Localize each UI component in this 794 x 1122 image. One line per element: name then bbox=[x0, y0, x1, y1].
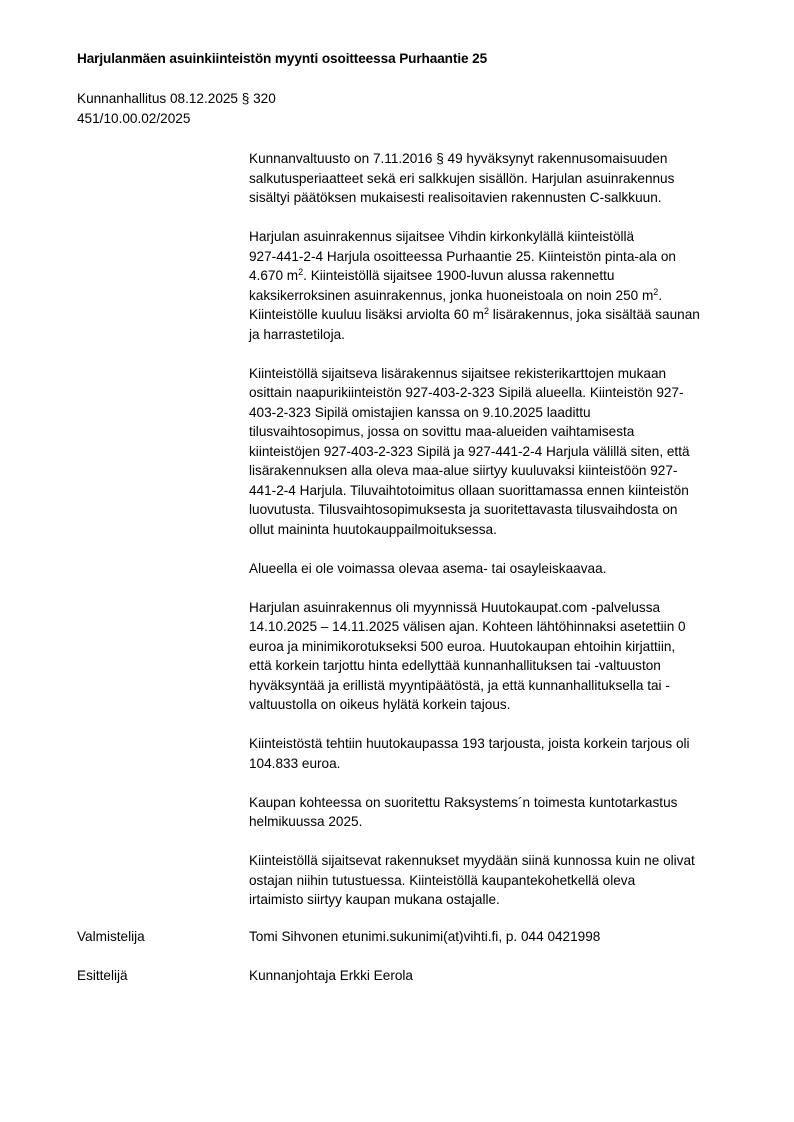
paragraph-line: Kiinteistölle kuuluu lisäksi arviolta 60… bbox=[249, 305, 739, 325]
paragraph-line: hyväksyntää ja erillistä myyntipäätöstä,… bbox=[249, 676, 739, 696]
paragraph-line: ja harrastetiloja. bbox=[249, 325, 739, 345]
body-paragraph: Alueella ei ole voimassa olevaa asema- t… bbox=[249, 559, 739, 579]
paragraph-line: tilusvaihtosopimus, jossa on sovittu maa… bbox=[249, 422, 739, 442]
paragraph-line: Kiinteistöstä tehtiin huutokaupassa 193 … bbox=[249, 734, 739, 754]
body-paragraph: Harjulan asuinrakennus sijaitsee Vihdin … bbox=[249, 227, 739, 344]
paragraph-line: kiinteistöjen 927-403-2-323 Sipilä ja 92… bbox=[249, 442, 739, 462]
paragraph-line: Harjulan asuinrakennus oli myynnissä Huu… bbox=[249, 598, 739, 618]
paragraph-line: euroa ja minimikorotukseksi 500 euroa. H… bbox=[249, 637, 739, 657]
paragraph-line: Kiinteistöllä sijaitseva lisärakennus si… bbox=[249, 364, 739, 384]
body-paragraph: Kiinteistöllä sijaitsevat rakennukset my… bbox=[249, 851, 739, 910]
body-paragraph: Harjulan asuinrakennus oli myynnissä Huu… bbox=[249, 598, 739, 715]
body-paragraph: Kaupan kohteessa on suoritettu Raksystem… bbox=[249, 793, 739, 832]
record-number: 451/10.00.02/2025 bbox=[77, 109, 276, 129]
paragraph-line: 14.10.2025 – 14.11.2025 välisen ajan. Ko… bbox=[249, 617, 739, 637]
paragraph-line: ostajan niihin tutustuessa. Kiinteistöll… bbox=[249, 871, 739, 891]
paragraph-line: 4.670 m2. Kiinteistöllä sijaitsee 1900-l… bbox=[249, 266, 739, 286]
paragraph-line: helmikuussa 2025. bbox=[249, 812, 739, 832]
preparer-value: Tomi Sihvonen etunimi.sukunimi(at)vihti.… bbox=[249, 929, 600, 944]
paragraph-line: Alueella ei ole voimassa olevaa asema- t… bbox=[249, 559, 739, 579]
paragraph-line: että korkein tarjottu hinta edellyttää k… bbox=[249, 656, 739, 676]
paragraph-line: valtuustolla on oikeus hylätä korkein ta… bbox=[249, 695, 739, 715]
paragraph-line: salkutusperiaatteet sekä eri salkkujen s… bbox=[249, 169, 739, 189]
document-body: Kunnanvaltuusto on 7.11.2016 § 49 hyväks… bbox=[249, 149, 739, 929]
paragraph-line: lisärakennuksen alla oleva maa-alue siir… bbox=[249, 461, 739, 481]
paragraph-line: luovutusta. Tilusvaihtosopimuksesta ja s… bbox=[249, 500, 739, 520]
paragraph-line: Kaupan kohteessa on suoritettu Raksystem… bbox=[249, 793, 739, 813]
document-title: Harjulanmäen asuinkiinteistön myynti oso… bbox=[77, 51, 487, 66]
body-paragraph: Kiinteistöstä tehtiin huutokaupassa 193 … bbox=[249, 734, 739, 773]
body-paragraph: Kunnanvaltuusto on 7.11.2016 § 49 hyväks… bbox=[249, 149, 739, 208]
meeting-info: Kunnanhallitus 08.12.2025 § 320 451/10.0… bbox=[77, 89, 276, 128]
paragraph-line: osittain naapurikiinteistön 927-403-2-32… bbox=[249, 383, 739, 403]
presenter-label: Esittelijä bbox=[77, 968, 128, 983]
meeting-reference: Kunnanhallitus 08.12.2025 § 320 bbox=[77, 89, 276, 109]
paragraph-line: ollut maininta huutokauppailmoituksessa. bbox=[249, 520, 739, 540]
paragraph-line: Kiinteistöllä sijaitsevat rakennukset my… bbox=[249, 851, 739, 871]
paragraph-line: 104.833 euroa. bbox=[249, 754, 739, 774]
body-paragraph: Kiinteistöllä sijaitseva lisärakennus si… bbox=[249, 364, 739, 540]
paragraph-line: sisältyi päätöksen mukaisesti realisoita… bbox=[249, 188, 739, 208]
preparer-label: Valmistelija bbox=[77, 929, 145, 944]
paragraph-line: 403-2-323 Sipilä omistajien kanssa on 9.… bbox=[249, 403, 739, 423]
paragraph-line: 927-441-2-4 Harjula osoitteessa Purhaant… bbox=[249, 247, 739, 267]
paragraph-line: kaksikerroksinen asuinrakennus, jonka hu… bbox=[249, 286, 739, 306]
paragraph-line: Kunnanvaltuusto on 7.11.2016 § 49 hyväks… bbox=[249, 149, 739, 169]
presenter-value: Kunnanjohtaja Erkki Eerola bbox=[249, 968, 413, 983]
paragraph-line: irtaimisto siirtyy kaupan mukana ostajal… bbox=[249, 890, 739, 910]
paragraph-line: Harjulan asuinrakennus sijaitsee Vihdin … bbox=[249, 227, 739, 247]
paragraph-line: 441-2-4 Harjula. Tiluvaihtotoimitus olla… bbox=[249, 481, 739, 501]
